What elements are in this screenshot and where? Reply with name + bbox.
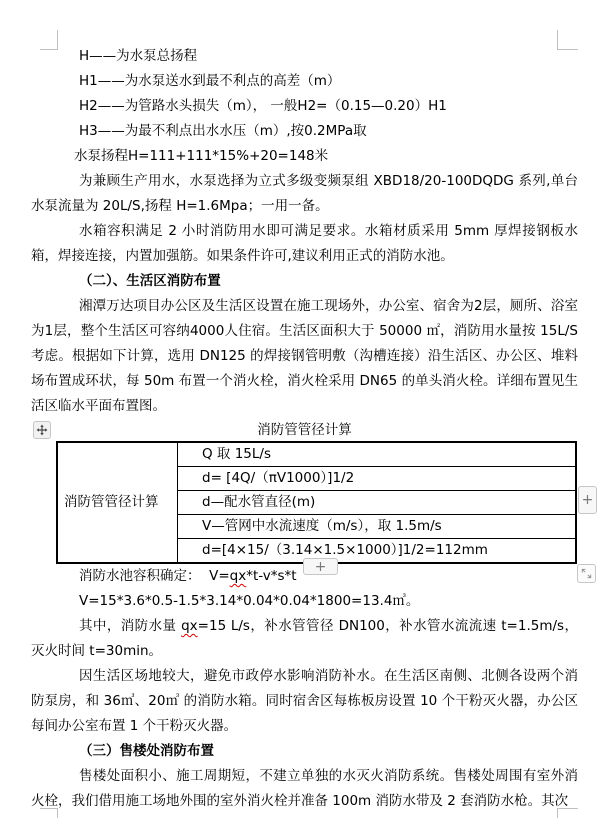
document-page: H——为水泵总扬程 H1——为水泵送水到最不利点的高差（m） H2——为管路水头… (0, 0, 604, 818)
diagonal-resize-icon (580, 567, 593, 580)
heading-living-area-fire-layout: （二）、生活区消防布置 (31, 269, 578, 294)
formula-line-h1: H1——为水泵送水到最不利点的高差（m） (31, 69, 578, 94)
formula-line-h3: H3——为最不利点出水水压（m）,按0.2MPa取 (31, 119, 578, 144)
paragraph-supply-detail: 其中，消防水量 qx=15 L/s，补水管管径 DN100，补水管水流流速 t=… (31, 614, 578, 664)
table-row: 消防管管径计算 Q 取 15L/s (57, 442, 576, 467)
supply-line-prefix: 其中，消防水量 (79, 618, 181, 634)
table-move-handle[interactable] (33, 421, 51, 439)
document-body: H——为水泵总扬程 H1——为水泵送水到最不利点的高差（m） H2——为管路水头… (31, 44, 578, 814)
paragraph-pump-selection: 为兼顾生产用水，水泵选择为立式多级变频泵组 XBD18/20-100DQDG 系… (31, 169, 578, 219)
paragraph-sales-office: 售楼处面积小、施工周期短，不建立单独的水灭火消防系统。售楼处周围有室外消火栓，我… (31, 764, 578, 814)
table-cell-d-formula: d= [4Q/（πV1000）]1/2 (178, 467, 577, 491)
paragraph-water-tank: 水箱容积满足 2 小时消防用水即可满足要求。水箱材质采用 5mm 厚焊接钢板水箱… (31, 219, 578, 269)
plus-icon: + (582, 493, 594, 507)
table-title: 消防管管径计算 (31, 419, 578, 441)
pipe-diameter-table: 消防管管径计算 Q 取 15L/s d= [4Q/（πV1000）]1/2 d—… (56, 441, 577, 564)
paragraph-volume-result: V=15*3.6*0.5-1.5*3.14*0.04*0.04*1800=13.… (31, 589, 578, 614)
table-row-header-cell: 消防管管径计算 (57, 442, 178, 563)
table-cell-d-definition: d—配水管直径(m) (178, 491, 577, 515)
table-cell-q-value: Q 取 15L/s (178, 442, 577, 467)
table-cell-d-result: d=[4×15/（3.14×1.5×1000）]1/2=112mm (178, 539, 577, 564)
table-resize-handle[interactable] (577, 564, 596, 583)
table-cell-v-definition: V—管网中水流速度（m/s），取 1.5m/s (178, 515, 577, 539)
pool-line-suffix: *t-v*s*t (246, 568, 296, 584)
spellcheck-flagged-term: qx (230, 568, 247, 584)
pool-line-prefix: 消防水池容积确定： V= (79, 568, 230, 584)
paragraph-living-area: 湘潭万达项目办公区及生活区设置在施工现场外，办公室、宿舍为2层，厕所、浴室为1层… (31, 294, 578, 419)
formula-line-h2: H2——为管路水头损失（m）， 一般H2=（0.15—0.20）H1 (31, 94, 578, 119)
insert-row-button[interactable]: + (303, 558, 338, 575)
four-way-arrow-icon (36, 424, 48, 436)
formula-line-h: H——为水泵总扬程 (31, 44, 578, 69)
plus-icon: + (315, 560, 327, 574)
paragraph-area-pumprooms: 因生活区场地较大，避免市政停水影响消防补水。在生活区南侧、北侧各设两个消防泵房，… (31, 664, 578, 739)
heading-sales-office-fire-layout: （三）售楼处消防布置 (31, 739, 578, 764)
pump-head-line: 水泵扬程H=111+111*15%+20=148米 (31, 144, 578, 169)
spellcheck-flagged-term: qx (181, 618, 198, 634)
insert-column-button[interactable]: + (578, 486, 597, 514)
